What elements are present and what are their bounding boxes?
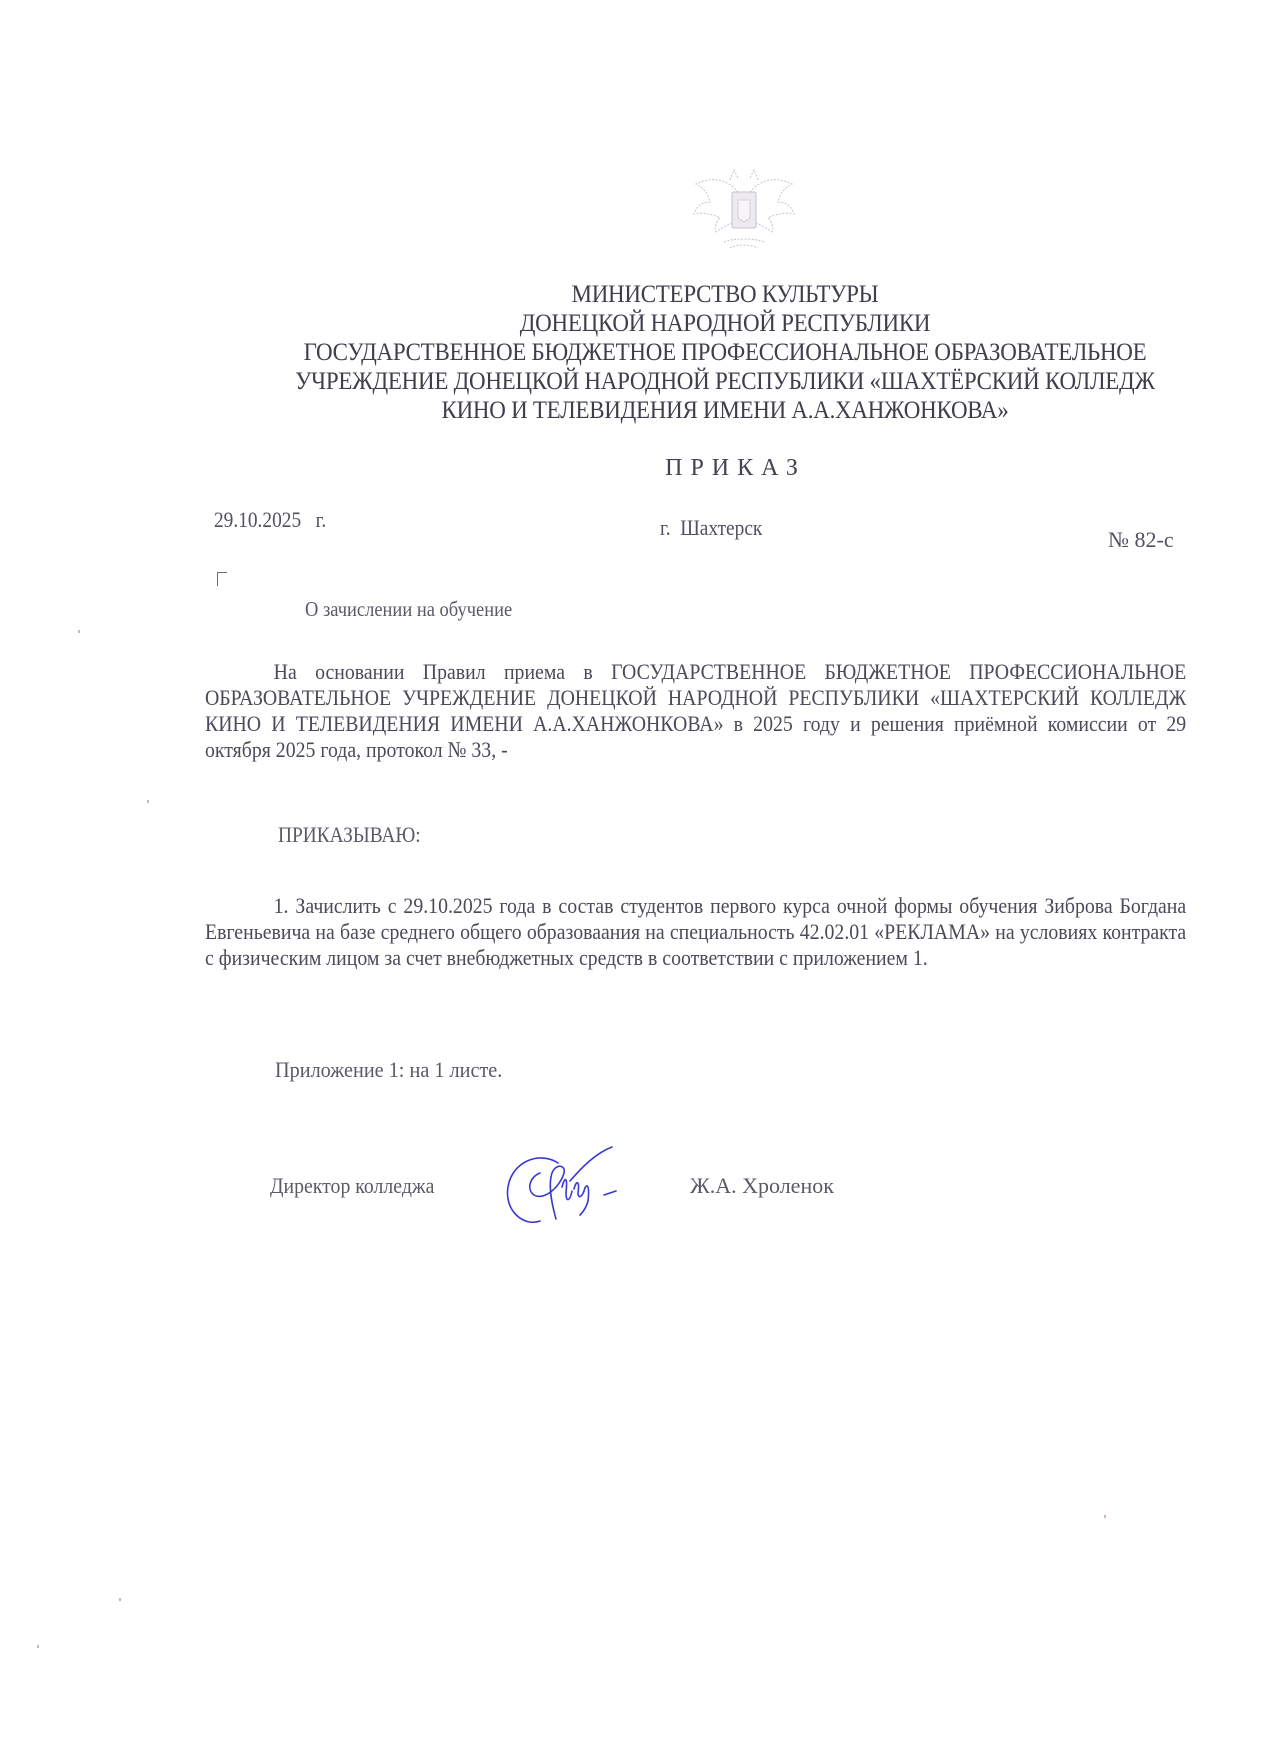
header-line-institution-name: УЧРЕЖДЕНИЕ ДОНЕЦКОЙ НАРОДНОЙ РЕСПУБЛИКИ … — [247, 367, 1204, 396]
header-line-republic: ДОНЕЦКОЙ НАРОДНОЙ РЕСПУБЛИКИ — [247, 309, 1204, 338]
document-page: МИНИСТЕРСТВО КУЛЬТУРЫ ДОНЕЦКОЙ НАРОДНОЙ … — [0, 0, 1276, 1755]
signatory-role: Директор колледжа — [270, 1173, 434, 1199]
order-subject: О зачислении на обучение — [305, 597, 512, 622]
attachment-note: Приложение 1: на 1 листе. — [275, 1057, 502, 1083]
basis-paragraph-text: На основании Правил приема в ГОСУДАРСТВЕ… — [205, 659, 1186, 762]
handwritten-signature-icon — [500, 1143, 630, 1233]
header-line-ministry: МИНИСТЕРСТВО КУЛЬТУРЫ — [247, 280, 1204, 309]
corner-bracket-mark — [217, 572, 227, 586]
scan-speck — [119, 1598, 121, 1601]
document-title: ПРИКАЗ — [0, 455, 1276, 482]
scan-speck — [1104, 1515, 1106, 1518]
order-item-1: 1. Зачислить с 29.10.2025 года в состав … — [205, 893, 1186, 971]
signatory-name: Ж.А. Хроленок — [690, 1173, 834, 1199]
order-city: г. Шахтерск — [660, 515, 762, 541]
header-line-institution-type: ГОСУДАРСТВЕННОЕ БЮДЖЕТНОЕ ПРОФЕССИОНАЛЬН… — [247, 338, 1204, 367]
scan-speck — [147, 800, 149, 803]
order-item-1-text: 1. Зачислить с 29.10.2025 года в состав … — [205, 893, 1186, 970]
scan-speck — [37, 1645, 39, 1648]
coat-of-arms-icon — [690, 158, 798, 254]
order-number: № 82-с — [1108, 527, 1174, 553]
order-date: 29.10.2025 г. — [214, 507, 326, 533]
organization-header: МИНИСТЕРСТВО КУЛЬТУРЫ ДОНЕЦКОЙ НАРОДНОЙ … — [247, 280, 1204, 425]
order-directive: ПРИКАЗЫВАЮ: — [278, 822, 421, 848]
scan-speck — [78, 630, 80, 633]
basis-paragraph: На основании Правил приема в ГОСУДАРСТВЕ… — [205, 659, 1186, 763]
signature-block: Директор колледжа Ж.А. Хроленок — [270, 1165, 970, 1245]
header-line-institution-name-end: КИНО И ТЕЛЕВИДЕНИЯ ИМЕНИ А.А.ХАНЖОНКОВА» — [247, 396, 1204, 425]
